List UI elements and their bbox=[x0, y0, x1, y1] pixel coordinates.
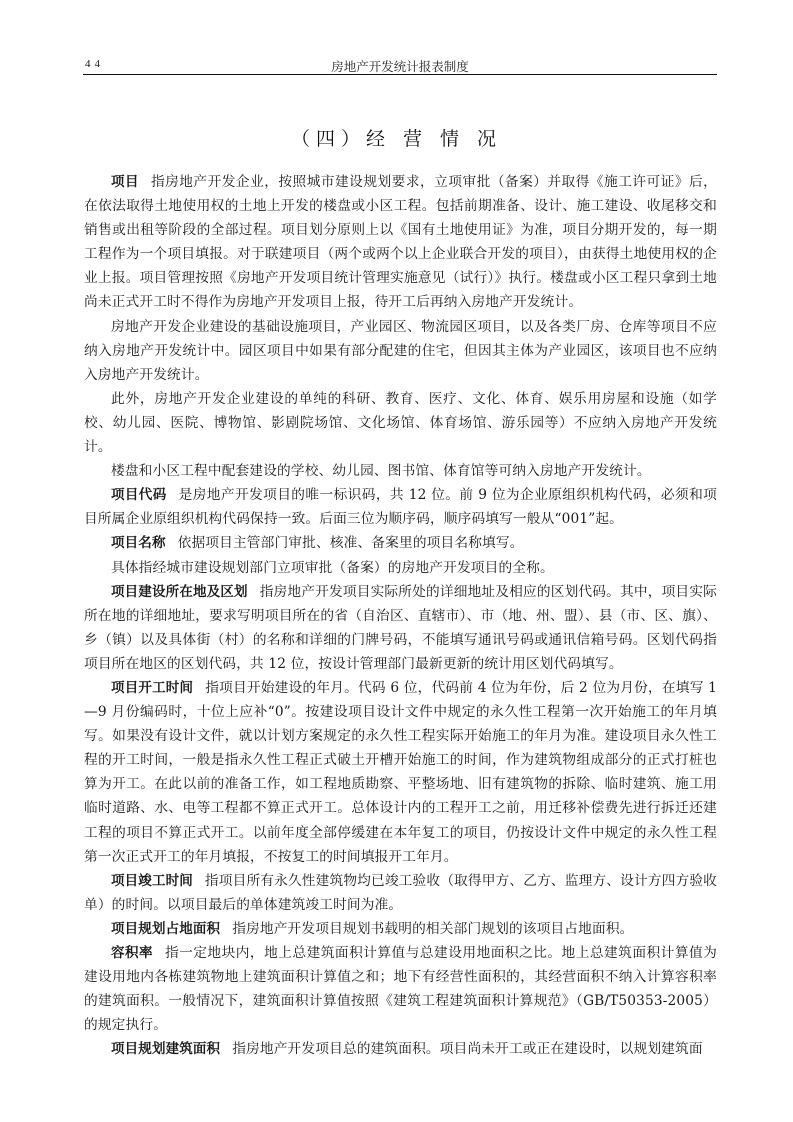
definition: 楼盘和小区工程中配套建设的学校、幼儿园、图书馆、体育馆等可纳入房地产开发统计。 bbox=[111, 463, 651, 479]
term: 项目 bbox=[111, 174, 139, 190]
section-title: （四）经 营 情 况 bbox=[0, 124, 793, 151]
term: 容积率 bbox=[111, 945, 153, 961]
paragraph-completion-time: 项目竣工时间指项目所有永久性建筑物均已竣工验收（取得甲方、乙方、监理方、设计方四… bbox=[84, 869, 717, 917]
term: 项目规划建筑面积 bbox=[111, 1041, 220, 1057]
paragraph-location: 项目建设所在地及区划指房地产开发项目实际所处的详细地址及相应的区划代码。其中，项… bbox=[84, 580, 717, 676]
definition: 是房地产开发项目的唯一标识码，共 12 位。前 9 位为企业原组织机构代码，必须… bbox=[84, 487, 717, 527]
term: 项目名称 bbox=[111, 535, 166, 551]
definition: 具体指经城市建设规划部门立项审批（备案）的房地产开发项目的全称。 bbox=[111, 560, 554, 576]
paragraph-exclusions-facilities: 此外，房地产开发企业建设的单纯的科研、教育、医疗、文化、体育、娱乐用房屋和设施（… bbox=[84, 387, 717, 459]
paragraph-plot-ratio: 容积率指一定地块内，地上总建筑面积计算值与总建设用地面积之比。地上总建筑面积计算… bbox=[84, 941, 717, 1037]
paragraph-project: 项目指房地产开发企业，按照城市建设规划要求，立项审批（备案）并取得《施工许可证》… bbox=[84, 170, 717, 315]
body-text: 项目指房地产开发企业，按照城市建设规划要求，立项审批（备案）并取得《施工许可证》… bbox=[84, 170, 717, 1061]
paragraph-project-name: 项目名称依据项目主管部门审批、核准、备案里的项目名称填写。 bbox=[84, 531, 717, 555]
header-divider bbox=[83, 74, 717, 75]
running-title: 房地产开发统计报表制度 bbox=[83, 57, 717, 75]
definition: 此外，房地产开发企业建设的单纯的科研、教育、医疗、文化、体育、娱乐用房屋和设施（… bbox=[84, 391, 717, 455]
term: 项目代码 bbox=[111, 487, 167, 503]
paragraph-inclusions: 楼盘和小区工程中配套建设的学校、幼儿园、图书馆、体育馆等可纳入房地产开发统计。 bbox=[84, 459, 717, 483]
definition: 指房地产开发项目规划书载明的相关部门规划的该项目占地面积。 bbox=[232, 921, 633, 937]
term: 项目建设所在地及区划 bbox=[111, 584, 248, 600]
paragraph-start-time: 项目开工时间指项目开始建设的年月。代码 6 位，代码前 4 位为年份，后 2 位… bbox=[84, 676, 717, 869]
term: 项目开工时间 bbox=[111, 680, 193, 696]
definition: 依据项目主管部门审批、核准、备案里的项目名称填写。 bbox=[178, 535, 524, 551]
paragraph-project-code: 项目代码是房地产开发项目的唯一标识码，共 12 位。前 9 位为企业原组织机构代… bbox=[84, 483, 717, 531]
term: 项目竣工时间 bbox=[111, 873, 193, 889]
paragraph-building-area: 项目规划建筑面积指房地产开发项目总的建筑面积。项目尚未开工或正在建设时，以规划建… bbox=[84, 1037, 717, 1061]
definition: 房地产开发企业建设的基础设施项目，产业园区、物流园区项目，以及各类厂房、仓库等项… bbox=[84, 319, 717, 383]
term: 项目规划占地面积 bbox=[111, 921, 220, 937]
paragraph-project-name-detail: 具体指经城市建设规划部门立项审批（备案）的房地产开发项目的全称。 bbox=[84, 556, 717, 580]
definition: 指项目开始建设的年月。代码 6 位，代码前 4 位为年份，后 2 位为月份，在填… bbox=[84, 680, 717, 865]
definition: 指房地产开发项目总的建筑面积。项目尚未开工或正在建设时，以规划建筑面 bbox=[232, 1041, 702, 1057]
page-header: 44 房地产开发统计报表制度 bbox=[83, 56, 717, 74]
paragraph-land-area: 项目规划占地面积指房地产开发项目规划书载明的相关部门规划的该项目占地面积。 bbox=[84, 917, 717, 941]
definition: 指房地产开发企业，按照城市建设规划要求，立项审批（备案）并取得《施工许可证》后，… bbox=[84, 174, 717, 310]
definition: 指一定地块内，地上总建筑面积计算值与总建设用地面积之比。地上总建筑面积计算值为建… bbox=[84, 945, 717, 1033]
paragraph-exclusions-parks: 房地产开发企业建设的基础设施项目，产业园区、物流园区项目，以及各类厂房、仓库等项… bbox=[84, 315, 717, 387]
